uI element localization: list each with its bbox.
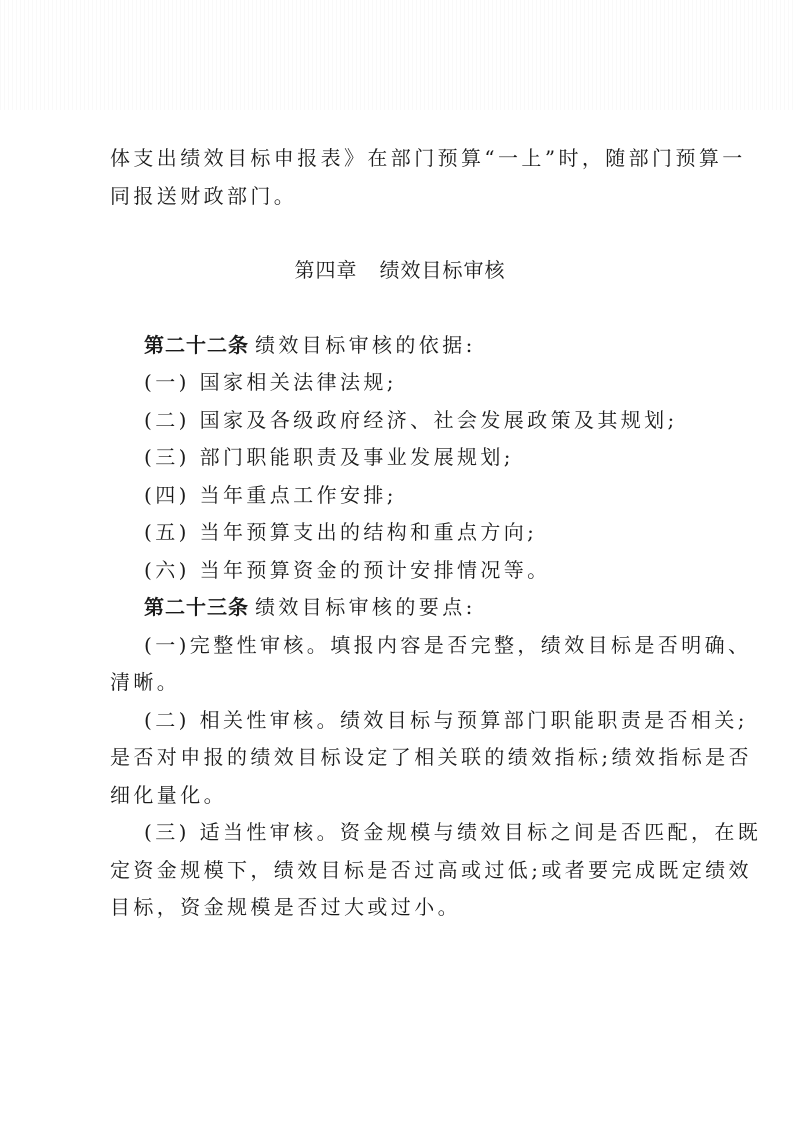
paragraph-line: 清晰。 (110, 664, 690, 702)
article-label: 第二十三条 (144, 595, 249, 619)
chapter-title: 绩效目标审核 (380, 258, 506, 282)
list-item: (五) 当年预算支出的结构和重点方向; (110, 514, 690, 552)
list-item: (六) 当年预算资金的预计安排情况等。 (110, 552, 690, 590)
paragraph-line: (二) 相关性审核。绩效目标与预算部门职能职责是否相关; (110, 702, 690, 740)
list-item: (二) 国家及各级政府经济、社会发展政策及其规划; (110, 402, 690, 440)
chapter-number: 第四章 (295, 258, 358, 282)
paragraph-line: (三) 适当性审核。资金规模与绩效目标之间是否匹配，在既 (110, 814, 690, 852)
chapter-heading: 第四章绩效目标审核 (110, 252, 690, 290)
paragraph-line: (一)完整性审核。填报内容是否完整，绩效目标是否明确、 (110, 627, 690, 665)
continuation-line: 体支出绩效目标申报表》在部门预算“一上”时，随部门预算一 (110, 140, 690, 178)
scan-artifact (0, 0, 793, 110)
continuation-line: 同报送财政部门。 (110, 178, 690, 216)
paragraph-line: 定资金规模下，绩效目标是否过高或过低;或者要完成既定绩效 (110, 852, 690, 890)
article-label: 第二十二条 (144, 333, 249, 357)
list-item: (三) 部门职能职责及事业发展规划; (110, 439, 690, 477)
article-22-heading: 第二十二条绩效目标审核的依据: (110, 327, 690, 365)
article-23-heading: 第二十三条绩效目标审核的要点: (110, 589, 690, 627)
document-page: 体支出绩效目标申报表》在部门预算“一上”时，随部门预算一 同报送财政部门。 第四… (110, 140, 690, 927)
list-item: (一) 国家相关法律法规; (110, 364, 690, 402)
article-text: 绩效目标审核的依据: (255, 333, 476, 357)
list-item: (四) 当年重点工作安排; (110, 477, 690, 515)
paragraph-line: 是否对申报的绩效目标设定了相关联的绩效指标;绩效指标是否 (110, 739, 690, 777)
paragraph-line: 细化量化。 (110, 777, 690, 815)
article-text: 绩效目标审核的要点: (255, 595, 476, 619)
paragraph-line: 目标，资金规模是否过大或过小。 (110, 889, 690, 927)
